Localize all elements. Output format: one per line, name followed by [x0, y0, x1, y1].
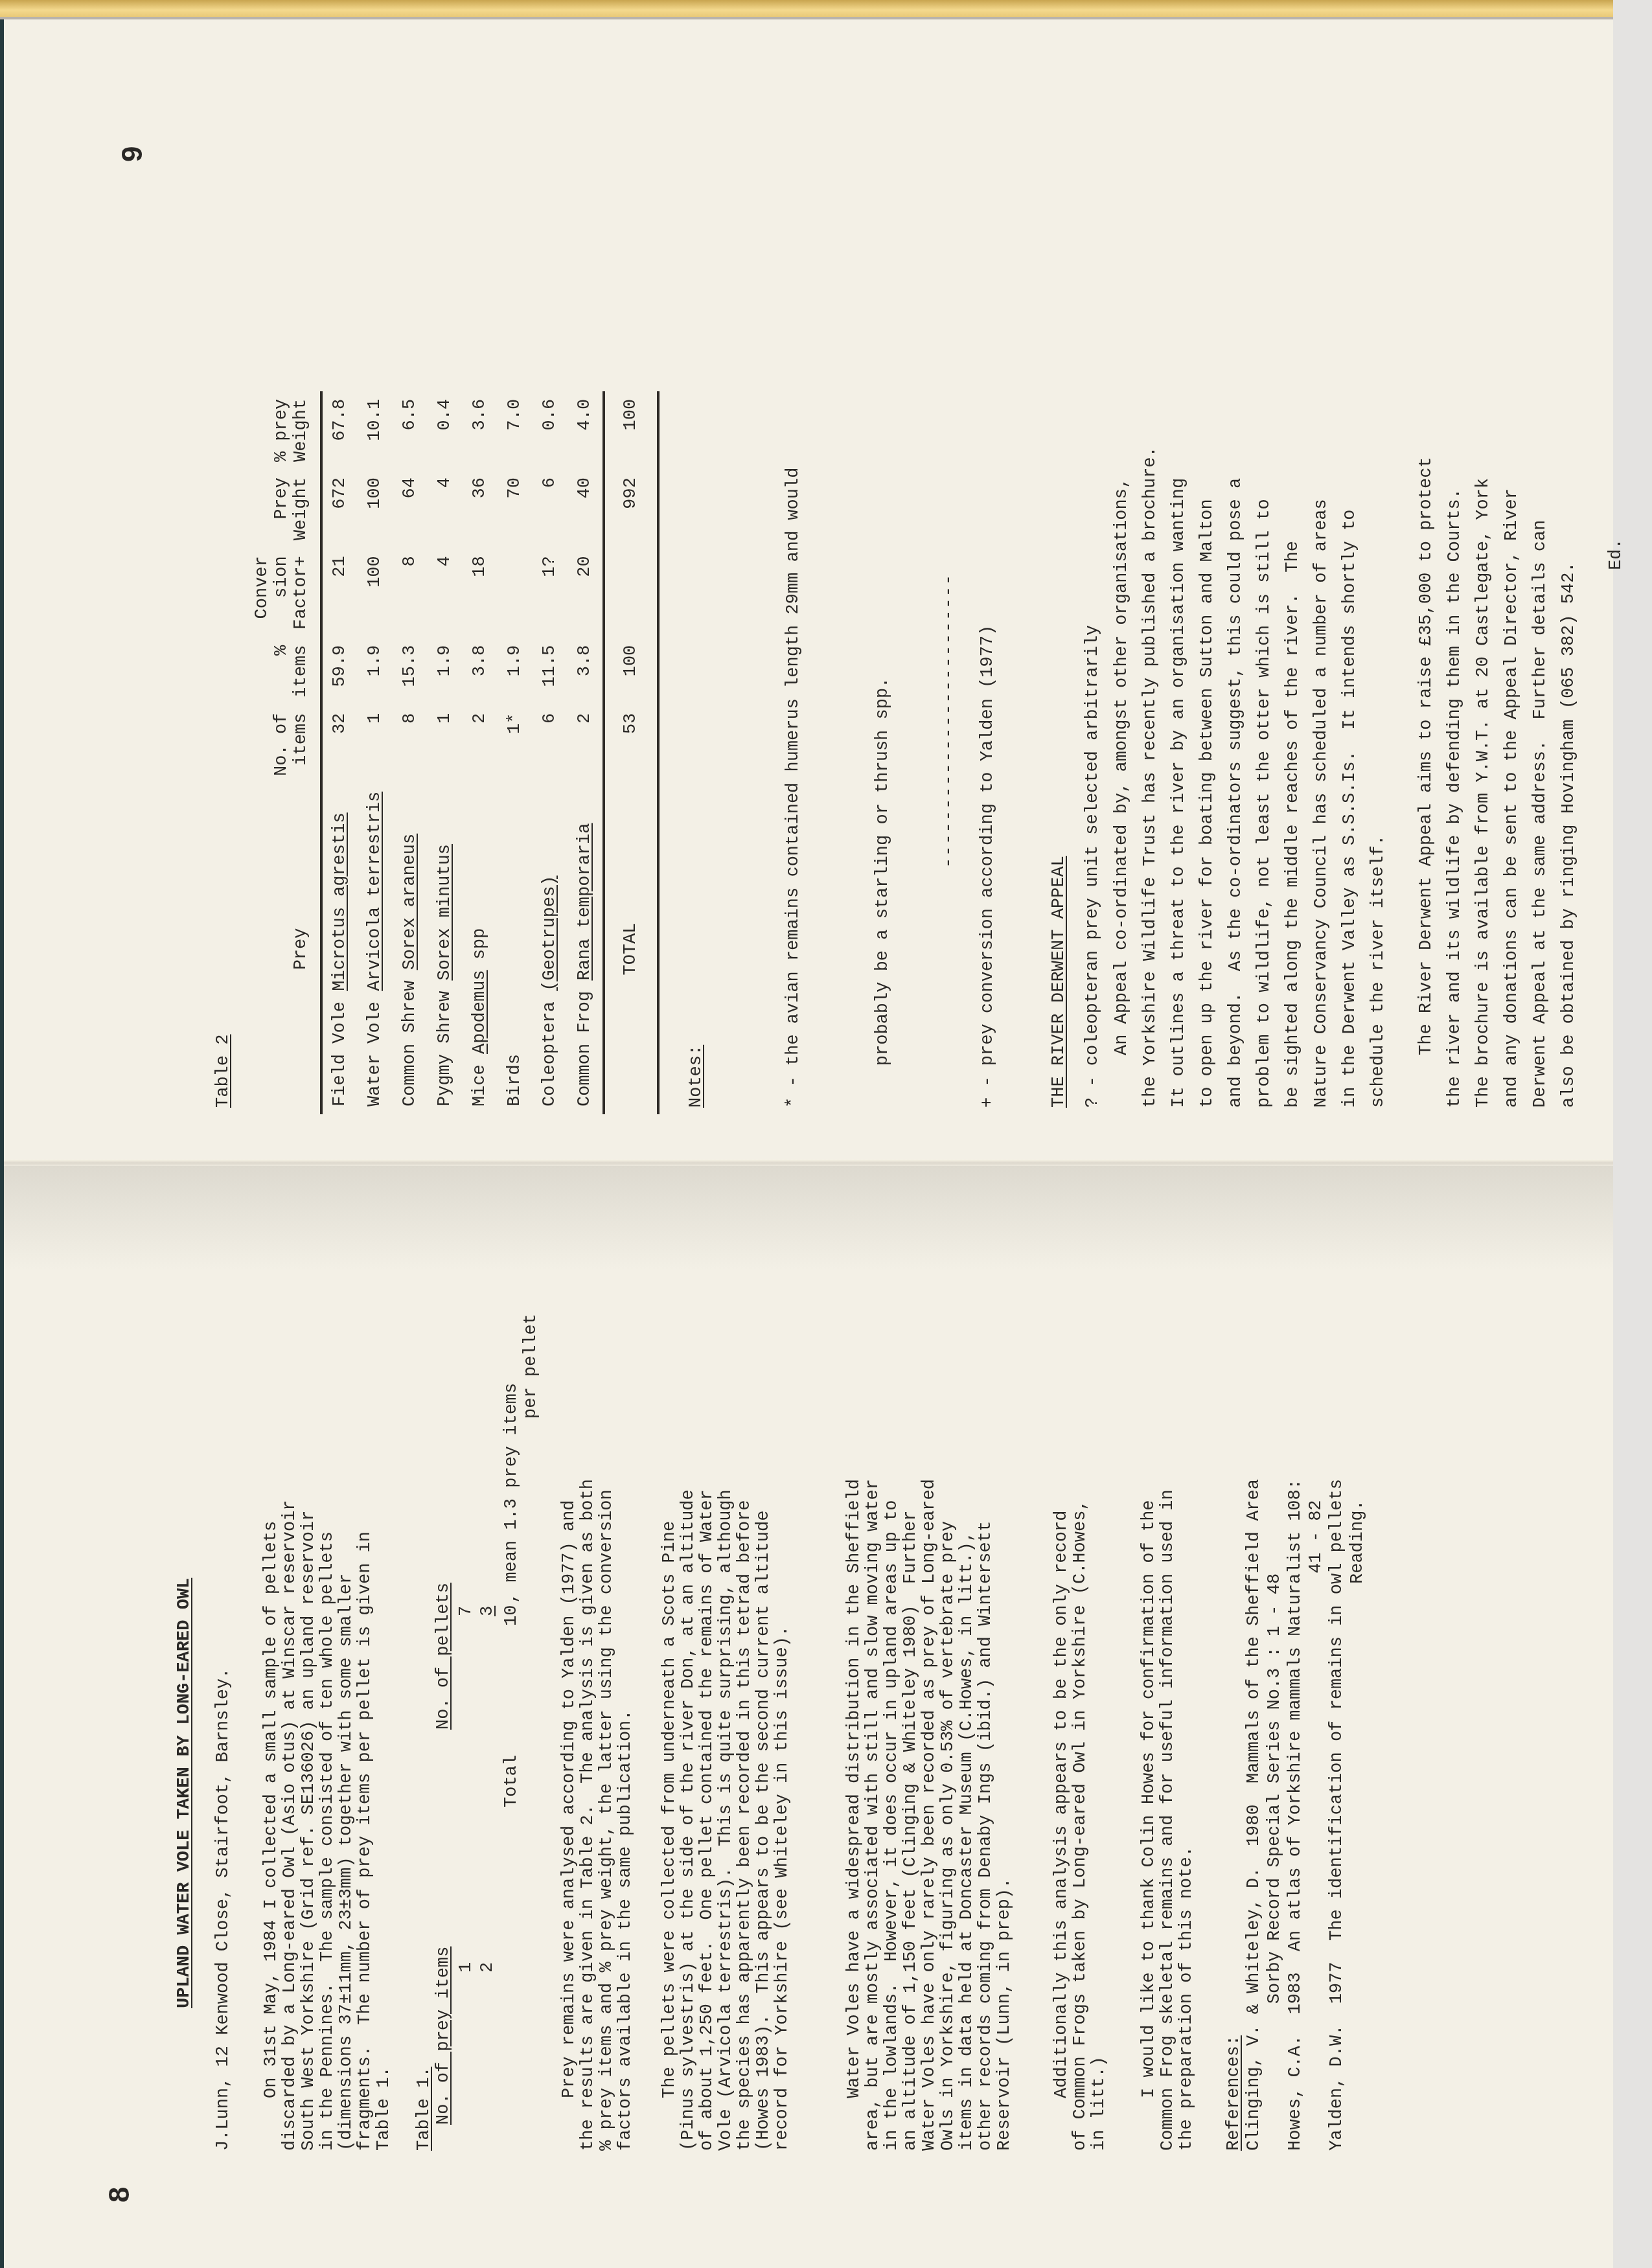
text-line: discarded by a Long-eared Owl (Asio otus…	[281, 1500, 300, 2151]
page-number: 9	[117, 146, 149, 162]
table-row: Common Shrew Sorex araneus815.38646.5	[393, 391, 428, 1114]
total-label: TOTAL	[604, 784, 658, 1114]
table-header-cell: Prey	[253, 784, 321, 1114]
table-cell: 4	[428, 470, 463, 548]
text-line: An Appeal co-ordinated by, amongst other…	[1108, 446, 1136, 1108]
table-cell: 100	[358, 548, 393, 637]
table-cell: 992	[604, 470, 658, 548]
table-1-header-items: No. of prey items	[434, 1947, 453, 2125]
binder-edge	[0, 0, 1613, 17]
table-row: Field Vole Microtus agrestis3259.9216726…	[321, 391, 358, 1114]
paragraph-2: Prey remains were analysed according to …	[560, 1479, 636, 2151]
text-line: an altitude of 1,150 feet (Clinging & Wh…	[902, 1479, 921, 2151]
text-line: the Yorkshire Wildlife Trust has recentl…	[1136, 446, 1165, 1108]
table-cell: 67.8	[321, 391, 358, 470]
text-line: record for Yorkshire (see Whiteley in th…	[774, 1489, 792, 2151]
table-cell: 40	[568, 470, 604, 548]
reference-line: Clinging, V. & Whiteley, D. 1980 Mammals…	[1244, 1479, 1265, 2151]
prey-cell: Mice Apodemus spp	[463, 784, 498, 1114]
references-heading: References:	[1224, 2035, 1244, 2151]
table-cell: 100	[604, 637, 658, 705]
text-line: (Howes 1983). This appears to be the sec…	[755, 1489, 774, 2151]
text-line: schedule the river itself.	[1364, 446, 1393, 1108]
prey-cell: Pygmy Shrew Sorex minutus	[428, 784, 463, 1114]
text-line: Reservoir (Lunn, in prep).	[996, 1479, 1015, 2151]
text-line: (dimensions 37±11mm, 23±3mm) together wi…	[338, 1500, 356, 2151]
table-header-cell: ConversionFactor+	[253, 548, 321, 637]
table-row: Coleoptera (Geotrupes)611.51?60.6	[533, 391, 568, 1114]
text-line: Vole (Arvicola terrestris). This is quit…	[717, 1489, 736, 2151]
table-cell: 36	[463, 470, 498, 548]
table-cell: 11.5	[533, 637, 568, 705]
paragraph-4: Water Voles have a widespread distributi…	[845, 1479, 1015, 2151]
notes-heading: Notes:	[687, 1045, 706, 1108]
text-line: and any donations can be sent to the App…	[1498, 457, 1526, 1108]
page-8: 8 UPLAND WATER VOLE TAKEN BY LONG-EARED …	[39, 1173, 1594, 2261]
table-cell: 32	[321, 705, 358, 784]
table-1-cell: 1	[457, 1962, 476, 1973]
section-separator: -------------------------	[939, 573, 959, 868]
table-row: Mice Apodemus spp23.818363.6	[463, 391, 498, 1114]
text-line: It outlines a threat to the river by an …	[1165, 446, 1193, 1108]
text-line: % prey items and % prey weight, the latt…	[598, 1479, 617, 2151]
page-9: 9 Table 2 Prey No. ofitems %itemsConvers…	[39, 26, 1594, 1153]
table-cell: 100	[358, 470, 393, 548]
article-title: UPLAND WATER VOLE TAKEN BY LONG-EARED OW…	[175, 1578, 194, 2008]
paragraph-5: Additionally this analysis appears to be…	[1053, 1500, 1109, 2151]
reference-line: Sorby Record Special Series No.3 : 1 - 4…	[1265, 1479, 1285, 2151]
table-cell: 100	[604, 391, 658, 470]
table-header-cell: No. ofitems	[253, 705, 321, 784]
table-cell: 6	[533, 705, 568, 784]
table-cell: 0.4	[428, 391, 463, 470]
text-line: Water Voles have a widespread distributi…	[845, 1479, 864, 2151]
text-line: Common Frog skeletal remains and for use…	[1159, 1489, 1178, 2151]
prey-cell: Common Shrew Sorex araneus	[393, 784, 428, 1114]
table-cell: 70	[498, 470, 533, 548]
table-1-caption: Table 1.	[415, 2067, 434, 2151]
table-cell: 4.0	[568, 391, 604, 470]
table-cell	[604, 548, 658, 637]
table-cell: 6	[533, 470, 568, 548]
table-cell: 8	[393, 705, 428, 784]
page-number: 8	[104, 2187, 136, 2203]
text-line: Derwent Appeal at the same address. Furt…	[1526, 457, 1555, 1108]
reference-line: 41 - 82	[1306, 1479, 1327, 2151]
paragraph-1: On 31st May, 1984 I collected a small sa…	[262, 1500, 394, 2151]
center-fold	[4, 1160, 1613, 1166]
prey-cell: Water Vole Arvicola terrestris	[358, 784, 393, 1114]
table-cell: 3.8	[568, 637, 604, 705]
table-row: Water Vole Arvicola terrestris11.9100100…	[358, 391, 393, 1114]
table-row: Common Frog Rana temporaria23.820404.0	[568, 391, 604, 1114]
table-1-total-label: Total	[502, 1755, 522, 1807]
text-line: in the Derwent Valley as S.S.S.Is. It in…	[1336, 446, 1364, 1108]
table-2: Prey No. ofitems %itemsConversionFactor+…	[253, 391, 660, 1114]
text-line: and beyond. As the co-ordinators suggest…	[1222, 446, 1250, 1108]
table-cell: 3.6	[463, 391, 498, 470]
paragraph-6: I would like to thank Colin Howes for co…	[1140, 1489, 1197, 2151]
text-line: also be obtained by ringing Hovingham (0…	[1555, 457, 1583, 1108]
text-line: Table 1.	[375, 1500, 394, 2151]
table-cell: 59.9	[321, 637, 358, 705]
text-line: Nature Conservancy Council has scheduled…	[1307, 446, 1336, 1108]
note-item: + - prey conversion according to Yalden …	[973, 468, 1003, 1108]
table-cell: 10.1	[358, 391, 393, 470]
text-line: of about 1,250 feet. One pellet containe…	[698, 1489, 717, 2151]
text-line: the preparation of this note.	[1178, 1489, 1197, 2151]
table-row: Pygmy Shrew Sorex minutus11.9440.4	[428, 391, 463, 1114]
text-line: other records coming from Denaby Ings (i…	[977, 1479, 996, 2151]
author-address: J.Lunn, 12 Kenwood Close, Stairfoot, Bar…	[214, 1668, 233, 2151]
text-line: items in data held at Doncaster Museum (…	[958, 1479, 977, 2151]
table-cell: 7.0	[498, 391, 533, 470]
table-row: Birds 1*1.9707.0	[498, 391, 533, 1114]
text-line: the results are given in Table 2. The an…	[579, 1479, 598, 2151]
appeal-paragraph-2: The River Derwent Appeal aims to raise £…	[1412, 457, 1583, 1108]
note-item: probably be a starling or thrush spp.	[868, 468, 898, 1108]
text-line: The pellets were collected from undernea…	[661, 1489, 680, 2151]
text-line: in the Pennines. The sample consisted of…	[319, 1500, 338, 2151]
table-total-row: TOTAL53100992100	[604, 391, 658, 1114]
table-1-header-pellets: No. of pellets	[434, 1583, 453, 1730]
reference-line: Reading.	[1348, 1479, 1368, 2151]
table-1-cell: 3	[478, 1606, 498, 1616]
text-line: Prey remains were analysed according to …	[560, 1479, 579, 2151]
table-cell: 53	[604, 705, 658, 784]
table-1-total-value: 10	[502, 1605, 522, 1626]
table-cell: 672	[321, 470, 358, 548]
text-line: the species has apparently been recorded…	[736, 1489, 755, 2151]
text-line: Water Voles have only rarely been record…	[921, 1479, 939, 2151]
text-line: to open up the river for boating between…	[1193, 446, 1222, 1108]
table-1-mean: , mean 1.3 prey items	[502, 1383, 522, 1603]
text-line: I would like to thank Colin Howes for co…	[1140, 1489, 1159, 2151]
prey-cell: Birds	[498, 784, 533, 1114]
table-cell: 21	[321, 548, 358, 637]
prey-cell: Common Frog Rana temporaria	[568, 784, 604, 1114]
text-line: Owls in Yorkshire, figuring as only 0.53…	[939, 1479, 958, 2151]
reference-line: Yalden, D.W. 1977 The identification of …	[1327, 1479, 1348, 2151]
table-cell: 2	[463, 705, 498, 784]
text-line: Additionally this analysis appears to be…	[1053, 1500, 1072, 2151]
table-cell: 2	[568, 705, 604, 784]
text-line: The River Derwent Appeal aims to raise £…	[1412, 457, 1441, 1108]
text-line: On 31st May, 1984 I collected a small sa…	[262, 1500, 281, 2151]
text-line: (Pinus sylvestris) at the side of the ri…	[680, 1489, 698, 2151]
text-line: in the lowlands. However, it does occur …	[883, 1479, 902, 2151]
table-cell: 64	[393, 470, 428, 548]
reference-line: Howes, C.A. 1983 An atlas of Yorkshire m…	[1285, 1479, 1306, 2151]
table-header-row: Prey No. ofitems %itemsConversionFactor+…	[253, 391, 321, 1114]
appeal-heading: THE RIVER DERWENT APPEAL	[1050, 856, 1069, 1108]
text-line: problem to wildlife, not least the otter…	[1250, 446, 1279, 1108]
text-line: the river and its wildlife by defending …	[1441, 457, 1469, 1108]
appeal-paragraph-1: An Appeal co-ordinated by, amongst other…	[1108, 446, 1393, 1108]
table-cell: 1.9	[428, 637, 463, 705]
table-cell: 8	[393, 548, 428, 637]
table-cell: 20	[568, 548, 604, 637]
table-cell: 1	[428, 705, 463, 784]
paragraph-3: The pellets were collected from undernea…	[661, 1489, 792, 2151]
table-1-mean-cont: per pellet	[522, 1314, 541, 1419]
note-item: * - the avian remains contained humerus …	[779, 468, 809, 1108]
text-line: The brochure is available from Y.W.T. at…	[1469, 457, 1498, 1108]
text-line: factors available in the same publicatio…	[617, 1479, 636, 2151]
editor-signoff: Ed.	[1607, 538, 1626, 570]
table-cell: 1.9	[358, 637, 393, 705]
references-list: Clinging, V. & Whiteley, D. 1980 Mammals…	[1244, 1479, 1368, 2151]
table-2-caption: Table 2	[214, 1035, 233, 1108]
table-header-cell: %items	[253, 637, 321, 705]
table-cell: 1	[358, 705, 393, 784]
text-line: South West Yorkshire (Grid ref. SE136026…	[300, 1500, 319, 2151]
table-cell: 0.6	[533, 391, 568, 470]
table-cell: 1*	[498, 705, 533, 784]
text-line: area, but are mostly associated with sti…	[864, 1479, 883, 2151]
text-line: fragments. The number of prey items per …	[356, 1500, 375, 2151]
table-1-cell: 7	[457, 1606, 476, 1616]
table-cell: 15.3	[393, 637, 428, 705]
prey-cell: Field Vole Microtus agrestis	[321, 784, 358, 1114]
prey-cell: Coleoptera (Geotrupes)	[533, 784, 568, 1114]
table-cell	[498, 548, 533, 637]
table-1-cell: 2	[478, 1962, 498, 1973]
table-header-cell: % preyWeight	[253, 391, 321, 470]
table-header-cell: PreyWeight	[253, 470, 321, 548]
text-line: of Common Frogs taken by Long-eared Owl …	[1072, 1500, 1090, 2151]
table-cell: 6.5	[393, 391, 428, 470]
table-cell: 1?	[533, 548, 568, 637]
table-cell: 3.8	[463, 637, 498, 705]
text-line: in litt.)	[1090, 1500, 1109, 2151]
table-cell: 1.9	[498, 637, 533, 705]
note-item: ? - coleopteran prey unit selected arbit…	[1078, 468, 1108, 1108]
text-line: be sighted along the middle reaches of t…	[1279, 446, 1307, 1108]
table-cell: 4	[428, 548, 463, 637]
table-cell: 18	[463, 548, 498, 637]
